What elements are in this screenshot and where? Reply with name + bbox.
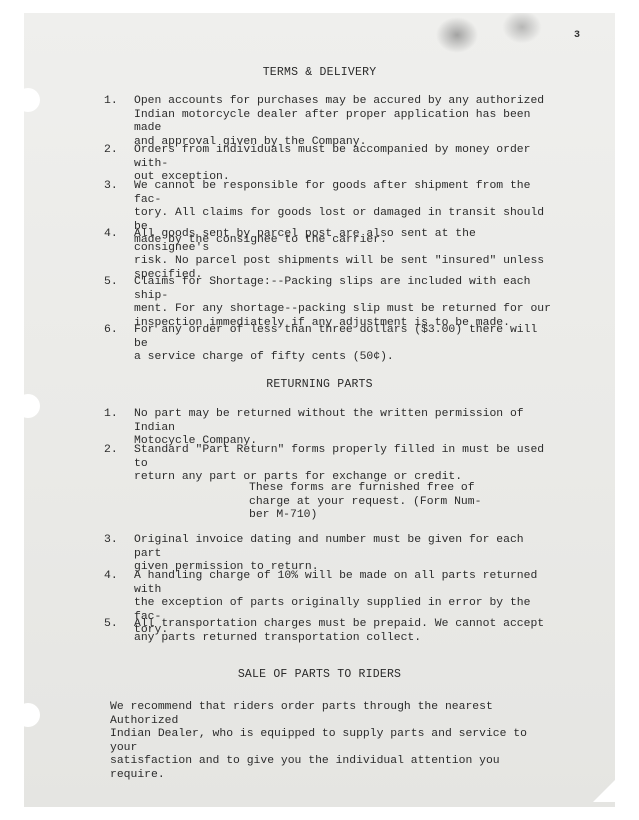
list-item: 5. Claims for Shortage:--Packing slips a…: [134, 276, 554, 330]
list-item: 1. Open accounts for purchases may be ac…: [134, 95, 554, 149]
item-number: 2.: [104, 444, 118, 458]
item-number: 1.: [104, 95, 118, 109]
item-number: 4.: [104, 228, 118, 242]
form-note: These forms are furnished free of charge…: [249, 482, 481, 523]
section-heading-terms: TERMS & DELIVERY: [0, 66, 639, 79]
section-heading-sale-of-parts: SALE OF PARTS TO RIDERS: [0, 668, 639, 681]
list-item: 2. Orders from individuals must be accom…: [134, 144, 554, 185]
item-text: Open accounts for purchases may be accur…: [134, 95, 554, 149]
item-number: 1.: [104, 408, 118, 422]
item-number: 5.: [104, 618, 118, 632]
item-text: Claims for Shortage:--Packing slips are …: [134, 276, 554, 330]
item-number: 3.: [104, 180, 118, 194]
item-text: All goods sent by parcel post are also s…: [134, 228, 554, 282]
item-number: 2.: [104, 144, 118, 158]
list-item: 4. All goods sent by parcel post are als…: [134, 228, 554, 282]
item-number: 6.: [104, 324, 118, 338]
list-item: 2. Standard "Part Return" forms properly…: [134, 444, 554, 485]
item-number: 3.: [104, 534, 118, 548]
list-item: 6. For any order of less than three doll…: [134, 324, 554, 365]
item-text: Original invoice dating and number must …: [134, 534, 554, 575]
item-text: For any order of less than three dollars…: [134, 324, 554, 365]
item-text: All transportation charges must be prepa…: [134, 618, 554, 645]
item-number: 5.: [104, 276, 118, 290]
section-heading-returning-parts: RETURNING PARTS: [0, 378, 639, 391]
item-text: Standard "Part Return" forms properly fi…: [134, 444, 554, 485]
item-text: No part may be returned without the writ…: [134, 408, 554, 449]
punch-hole: [16, 703, 40, 727]
page-number: 3: [574, 30, 580, 41]
list-item: 1. No part may be returned without the w…: [134, 408, 554, 449]
folded-corner: [593, 780, 615, 802]
closing-paragraph: We recommend that riders order parts thr…: [110, 701, 550, 782]
item-number: 4.: [104, 570, 118, 584]
list-item: 3. Original invoice dating and number mu…: [134, 534, 554, 575]
punch-hole: [16, 88, 40, 112]
item-text: Orders from individuals must be accompan…: [134, 144, 554, 185]
punch-hole: [16, 394, 40, 418]
list-item: 5. All transportation charges must be pr…: [134, 618, 554, 645]
